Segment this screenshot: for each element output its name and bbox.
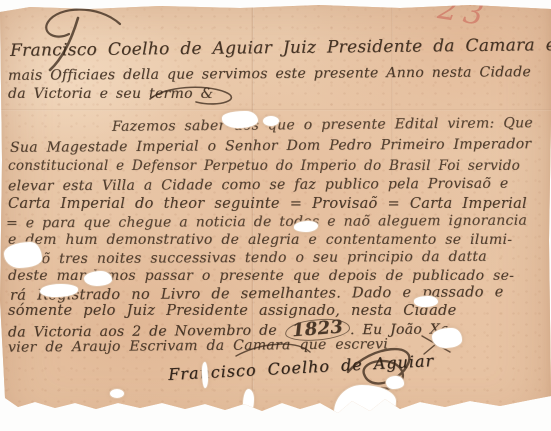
manuscript-line: = e para que chegue a noticia de todos e… (6, 213, 527, 232)
paper-hole (334, 385, 396, 431)
archive-number: 23 (436, 0, 492, 34)
initial-flourish (46, 10, 120, 37)
paper-hole (386, 376, 404, 389)
manuscript-line: constitucional e Defensor Perpetuo do Im… (8, 158, 520, 174)
manuscript-line: Sua Magestade Imperial o Senhor Dom Pedr… (10, 136, 532, 156)
horizontal-fold-crease (0, 109, 551, 111)
manuscript-line: elevar esta Villa a Cidade como se faz p… (8, 176, 509, 195)
paper-tear (222, 111, 258, 128)
manuscript-line: Francisco Coelho de Aguiar Juiz Presiden… (10, 35, 551, 61)
paper-tear (414, 296, 438, 307)
paper-tear (243, 389, 254, 414)
manuscript-line: Fazemos saber aos que o presente Edital … (112, 115, 533, 135)
manuscript-line: e dem hum demonstrativo de alegria e con… (8, 232, 512, 248)
paper-tear (263, 116, 279, 126)
manuscript-line: mais Officiaes della que servimos este p… (8, 64, 531, 84)
manuscript-line: naraõ tres noites successivas tendo o se… (8, 249, 487, 268)
manuscript-line: vier de Araujo Escrivam da Camara que es… (8, 336, 388, 355)
paper-tear (432, 328, 462, 348)
paper-tear (4, 242, 42, 268)
manuscript-page: 23 Francisco Coelho de Aguiar Juiz Presi… (0, 0, 551, 431)
paper-tear (84, 271, 112, 286)
manuscript-line: sómente pelo Juiz Presidente assignado, … (8, 303, 457, 319)
paper-tear (110, 389, 124, 398)
manuscript-line: da Victoria e seu termo & (8, 86, 213, 102)
manuscript-line: Carta Imperial do theor seguinte = Provi… (8, 196, 527, 212)
paper-tear (294, 221, 318, 232)
paper-tear (202, 362, 208, 388)
scanned-manuscript: 23 Francisco Coelho de Aguiar Juiz Presi… (0, 0, 551, 431)
